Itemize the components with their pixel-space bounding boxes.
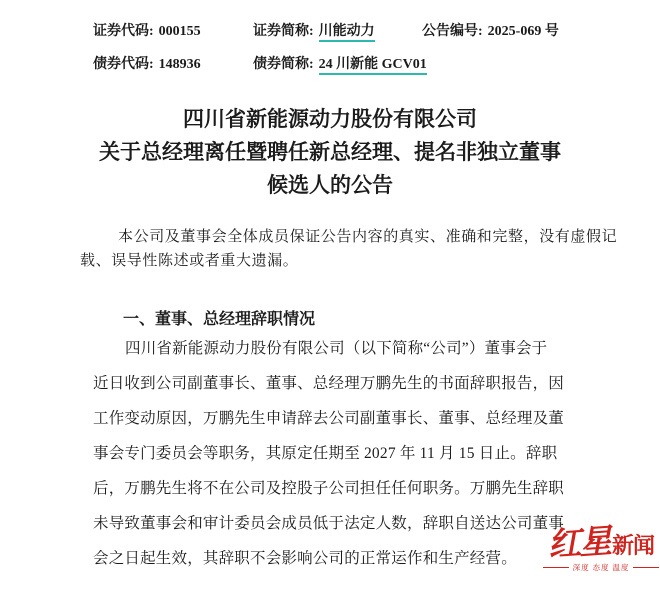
stock-name: 证券简称:川能动力 (253, 20, 422, 40)
header-row-bonds: 债券代码:148936 债券简称:24 川新能 GCV01 (93, 53, 422, 73)
section-heading: 一、董事、总经理辞职情况 (123, 306, 315, 329)
logo-tagline: 深度 态度 温度 (543, 562, 659, 573)
stock-name-label: 证券简称: (253, 24, 314, 39)
bond-code: 债券代码:148936 (93, 53, 253, 73)
announcement-title: 四川省新能源动力股份有限公司 关于总经理离任暨聘任新总经理、提名非独立董事 候选… (0, 103, 660, 202)
announcement-number: 公告编号:2025-069 号 (422, 20, 559, 40)
declaration-paragraph: 本公司及董事会全体成员保证公告内容的真实、准确和完整，没有虚假记 载、误导性陈述… (80, 226, 617, 273)
body-line: 后，万鹏先生将不在公司及控股子公司担任任何职务。万鹏先生辞职 (93, 471, 564, 506)
bond-name: 债券简称:24 川新能 GCV01 (253, 53, 422, 73)
bond-code-value: 148936 (159, 57, 201, 72)
tagline-rule-left (543, 567, 569, 568)
stock-code-value: 000155 (159, 24, 201, 39)
bond-name-label: 债券简称: (253, 57, 314, 72)
logo-bold-text: 新闻 (612, 535, 654, 559)
bond-code-label: 债券代码: (93, 57, 154, 72)
body-line: 近日收到公司副董事长、董事、总经理万鹏先生的书面辞职报告，因 (93, 366, 564, 401)
body-paragraph: 四川省新能源动力股份有限公司（以下简称“公司”）董事会于 近日收到公司副董事长、… (93, 331, 564, 576)
stock-name-link[interactable]: 川能动力 (319, 24, 375, 42)
stock-code-label: 证券代码: (93, 24, 154, 39)
body-line: 会之日起生效，其辞职不会影响公司的正常运作和生产经营。 (93, 541, 564, 576)
declaration-line-2: 载、误导性陈述或者重大遗漏。 (80, 250, 617, 274)
header-row-securities: 证券代码:000155 证券简称:川能动力 公告编号:2025-069 号 (93, 20, 559, 40)
logo-script-text: 红星 (547, 526, 611, 563)
body-line: 工作变动原因，万鹏先生申请辞去公司副董事长、董事、总经理及董 (93, 401, 564, 436)
logo-wordmark: 红星 新闻 (543, 526, 659, 559)
hongxing-news-logo: 红星 新闻 深度 态度 温度 (543, 526, 659, 573)
title-line-1: 四川省新能源动力股份有限公司 (0, 103, 660, 136)
announcement-number-value: 2025-069 号 (488, 24, 559, 39)
tagline-rule-right (633, 567, 659, 568)
body-line: 事会专门委员会等职务，其原定任期至 2027 年 11 月 15 日止。辞职 (93, 436, 564, 471)
bond-name-link[interactable]: 24 川新能 GCV01 (319, 57, 427, 75)
body-line: 未导致董事会和审计委员会成员低于法定人数，辞职自送达公司董事 (93, 506, 564, 541)
title-line-2: 关于总经理离任暨聘任新总经理、提名非独立董事 (0, 136, 660, 169)
declaration-line-1: 本公司及董事会全体成员保证公告内容的真实、准确和完整，没有虚假记 (80, 226, 617, 250)
title-line-3: 候选人的公告 (0, 169, 660, 202)
tagline-text: 深度 态度 温度 (569, 562, 634, 573)
stock-code: 证券代码:000155 (93, 20, 253, 40)
announcement-number-label: 公告编号: (422, 24, 483, 39)
body-line: 四川省新能源动力股份有限公司（以下简称“公司”）董事会于 (93, 331, 564, 366)
announcement-page: 证券代码:000155 证券简称:川能动力 公告编号:2025-069 号 债券… (0, 0, 660, 589)
